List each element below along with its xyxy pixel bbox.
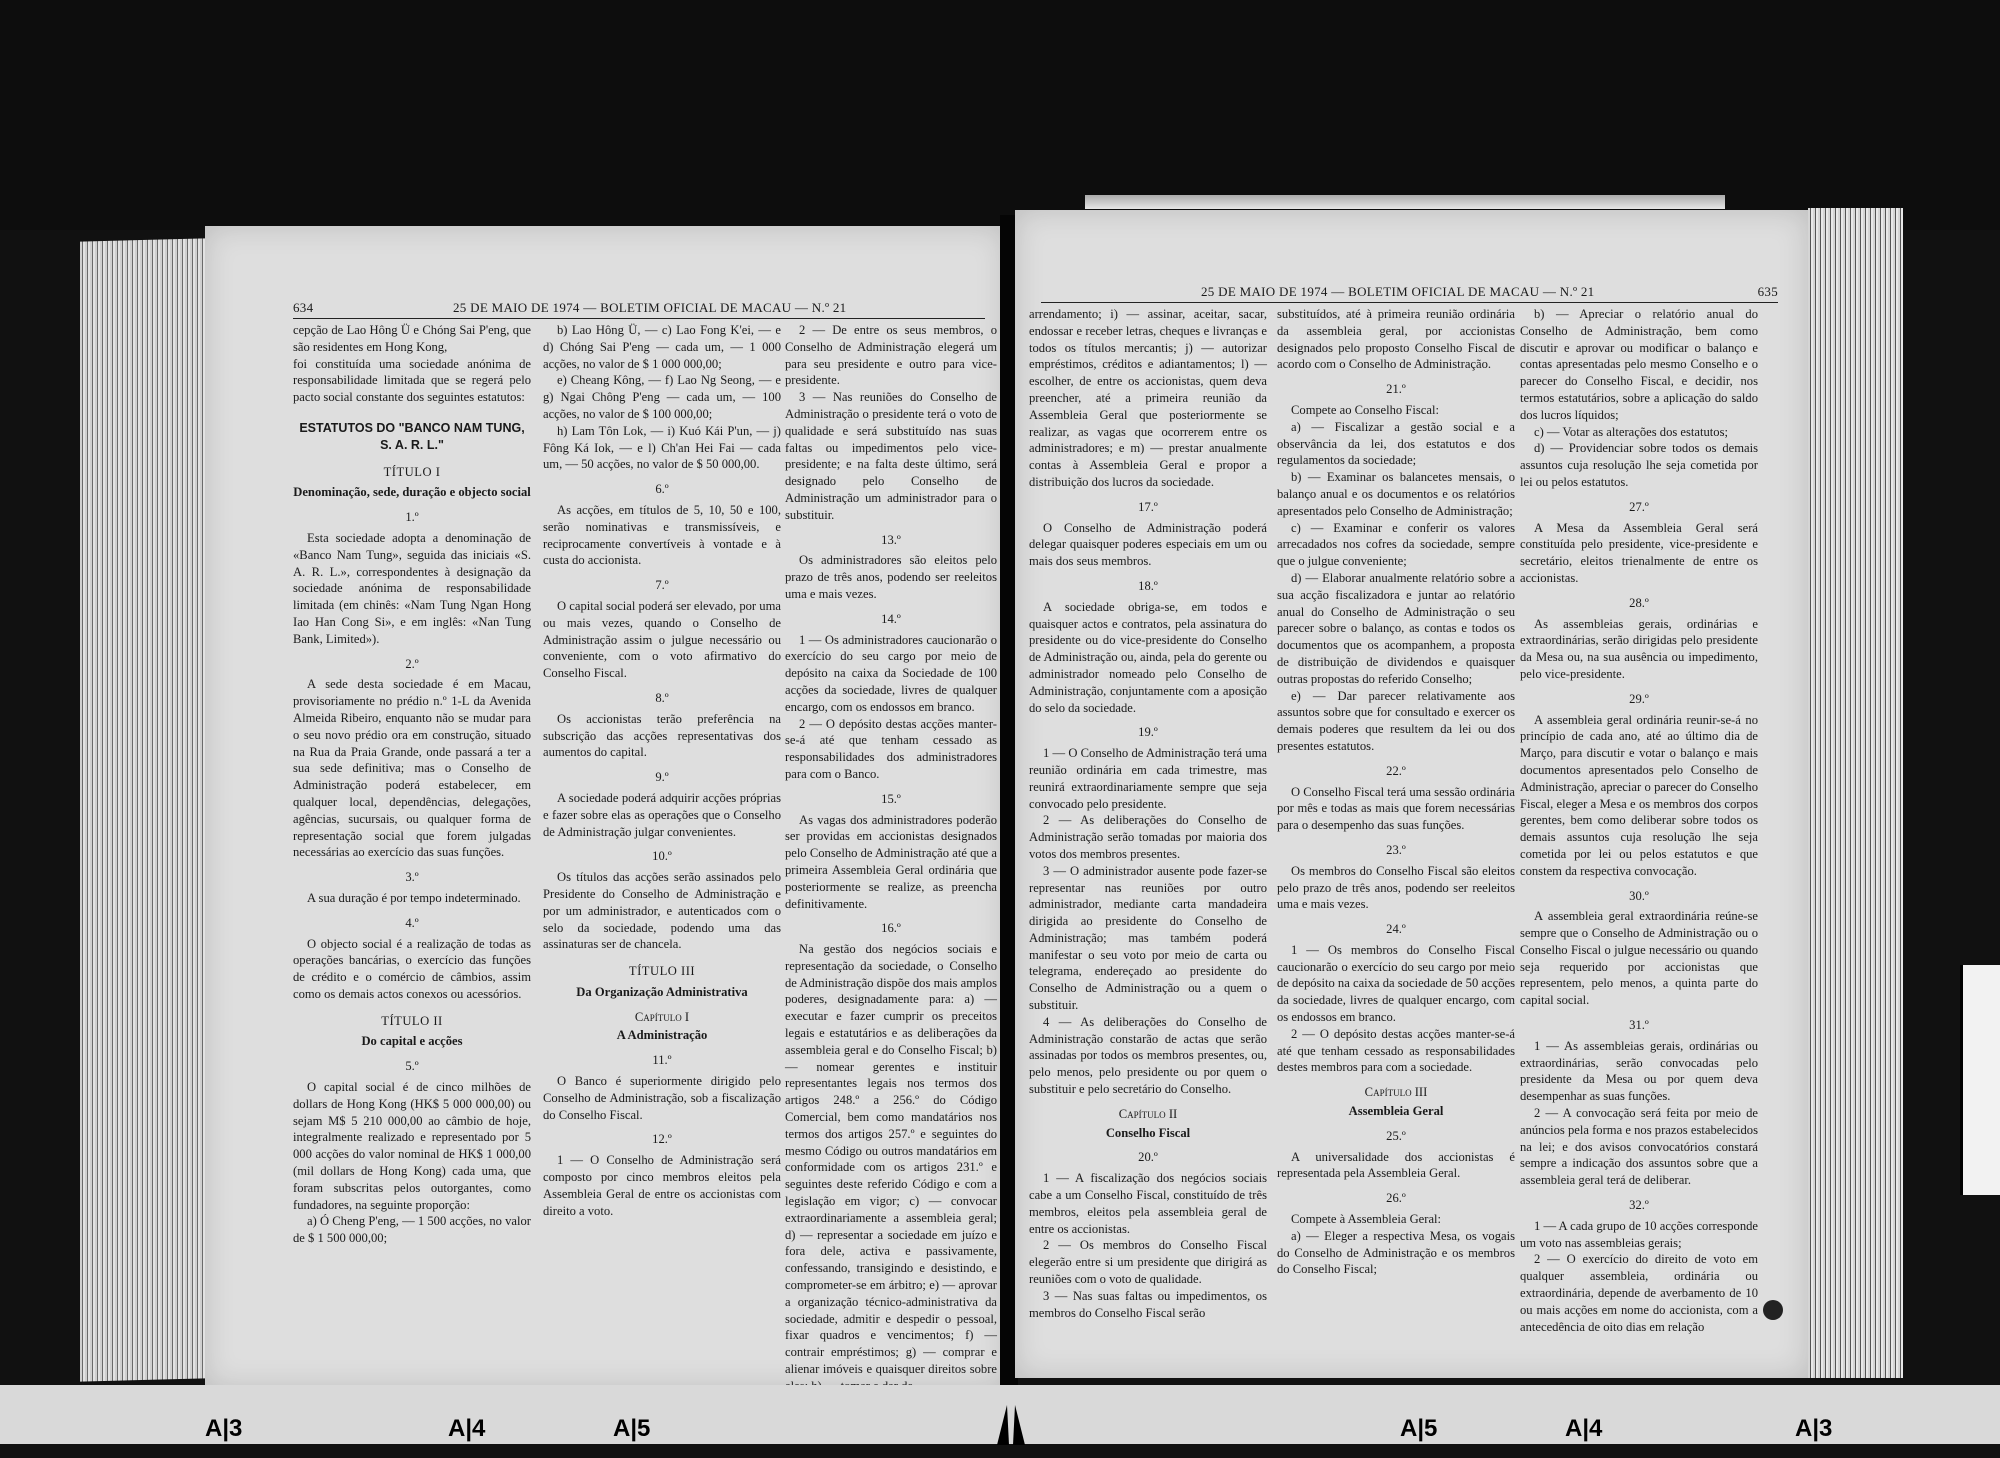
paragraph: 1 — As assembleias gerais, ordinárias ou… xyxy=(1520,1038,1758,1105)
article-number: 3.º xyxy=(293,869,531,886)
paragraph: A sociedade obriga-se, em todos e quaisq… xyxy=(1029,599,1267,717)
page-635: 25 DE MAIO DE 1974 — BOLETIM OFICIAL DE … xyxy=(1015,210,1808,1378)
paragraph: foi constituída uma sociedade anónima de… xyxy=(293,356,531,406)
article-number: 17.º xyxy=(1029,499,1267,516)
article-number: 28.º xyxy=(1520,595,1758,612)
paragraph: 1 — Os administradores caucionarão o exe… xyxy=(785,632,997,716)
article-number: 21.º xyxy=(1277,381,1515,398)
article-number: 18.º xyxy=(1029,578,1267,595)
paragraph: A Mesa da Assembleia Geral será constitu… xyxy=(1520,520,1758,587)
paragraph: b) — Examinar os balancetes mensais, o b… xyxy=(1277,469,1515,519)
page-number: 634 xyxy=(293,300,313,316)
article-number: 31.º xyxy=(1520,1017,1758,1034)
running-title: 25 DE MAIO DE 1974 — BOLETIM OFICIAL DE … xyxy=(1201,284,1594,300)
column-3: 2 — De entre os seus membros, o Conselho… xyxy=(785,322,997,1395)
paragraph: a) — Fiscalizar a gestão social e a obse… xyxy=(1277,419,1515,469)
column-2: b) Lao Hông Ü, — c) Lao Fong K'ei, — e d… xyxy=(543,322,781,1219)
article-number: 25.º xyxy=(1277,1128,1515,1145)
film-mark: A|3 xyxy=(1795,1415,1832,1443)
article-number: 11.º xyxy=(543,1052,781,1069)
article-number: 8.º xyxy=(543,690,781,707)
paragraph: 1 — Os membros do Conselho Fiscal caucio… xyxy=(1277,942,1515,1026)
article-number: 32.º xyxy=(1520,1197,1758,1214)
statute-title: ESTATUTOS DO "BANCO NAM TUNG, S. A. R. L… xyxy=(293,420,531,454)
paragraph: a) Ó Cheng P'eng, — 1 500 acções, no val… xyxy=(293,1213,531,1247)
paragraph: As vagas dos administradores poderão ser… xyxy=(785,812,997,913)
paragraph: A sociedade poderá adquirir acções própr… xyxy=(543,790,781,840)
paragraph: Na gestão dos negócios sociais e represe… xyxy=(785,941,997,1395)
paragraph: A sua duração é por tempo indeterminado. xyxy=(293,890,531,907)
article-number: 26.º xyxy=(1277,1190,1515,1207)
paragraph: e) — Dar parecer relativamente aos assun… xyxy=(1277,688,1515,755)
paragraph: b) Lao Hông Ü, — c) Lao Fong K'ei, — e d… xyxy=(543,322,781,372)
paragraph: Os títulos das acções serão assinados pe… xyxy=(543,869,781,953)
article-number: 24.º xyxy=(1277,921,1515,938)
paragraph: c) — Votar as alterações dos estatutos; xyxy=(1520,424,1758,441)
page-top-edge xyxy=(1085,195,1725,209)
page-634: 634 25 DE MAIO DE 1974 — BOLETIM OFICIAL… xyxy=(205,226,1005,1388)
page-number: 635 xyxy=(1758,284,1778,300)
article-number: 15.º xyxy=(785,791,997,808)
paragraph: Os membros do Conselho Fiscal são eleito… xyxy=(1277,863,1515,913)
page-tab-flap xyxy=(1960,965,2000,1195)
article-number: 10.º xyxy=(543,848,781,865)
paragraph: 2 — O exercício do direito de voto em qu… xyxy=(1520,1251,1758,1335)
column-1: cepção de Lao Hông Ü e Chóng Sai P'eng, … xyxy=(293,322,531,1247)
paragraph: d) — Elaborar anualmente relatório sobre… xyxy=(1277,570,1515,688)
column-3: b) — Apreciar o relatório anual do Conse… xyxy=(1520,306,1758,1335)
article-number: 14.º xyxy=(785,611,997,628)
article-number: 29.º xyxy=(1520,691,1758,708)
title-heading: TÍTULO II xyxy=(293,1013,531,1030)
column-1: arrendamento; i) — assinar, aceitar, sac… xyxy=(1029,306,1267,1321)
title-heading: TÍTULO I xyxy=(293,464,531,481)
paragraph: c) — Examinar e conferir os valores arre… xyxy=(1277,520,1515,570)
paragraph: a) — Eleger a respectiva Mesa, os vogais… xyxy=(1277,1228,1515,1278)
section-heading: A Administração xyxy=(543,1027,781,1044)
paragraph: 3 — Nas reuniões do Conselho de Administ… xyxy=(785,389,997,523)
paragraph: 4 — As deliberações do Conselho de Admin… xyxy=(1029,1014,1267,1098)
paragraph: 2 — O depósito destas acções manter-se-á… xyxy=(785,716,997,783)
paragraph: e) Cheang Kông, — f) Lao Ng Seong, — e g… xyxy=(543,372,781,422)
paragraph: Os administradores são eleitos pelo praz… xyxy=(785,552,997,602)
chapter-heading: Capítulo III xyxy=(1277,1084,1515,1101)
article-number: 23.º xyxy=(1277,842,1515,859)
article-number: 9.º xyxy=(543,769,781,786)
section-heading: Da Organização Administrativa xyxy=(543,984,781,1001)
paragraph: h) Lam Tôn Lok, — i) Kuó Kái P'un, — j) … xyxy=(543,423,781,473)
paragraph: A assembleia geral ordinária reunir-se-á… xyxy=(1520,712,1758,880)
article-number: 30.º xyxy=(1520,888,1758,905)
header-rule xyxy=(293,318,985,319)
paragraph: 2 — De entre os seus membros, o Conselho… xyxy=(785,322,997,389)
paragraph: d) — Providenciar sobre todos os demais … xyxy=(1520,440,1758,490)
ink-blot xyxy=(1763,1300,1783,1320)
film-mark: A|4 xyxy=(448,1415,485,1443)
chapter-heading: Capítulo I xyxy=(543,1009,781,1026)
article-number: 27.º xyxy=(1520,499,1758,516)
title-heading: TÍTULO III xyxy=(543,963,781,980)
paragraph: Esta sociedade adopta a denominação de «… xyxy=(293,530,531,648)
spine-triangle-marks xyxy=(995,1405,1027,1445)
paragraph: A sede desta sociedade é em Macau, provi… xyxy=(293,676,531,861)
paragraph: arrendamento; i) — assinar, aceitar, sac… xyxy=(1029,306,1267,491)
article-number: 22.º xyxy=(1277,763,1515,780)
paragraph: A assembleia geral extraordinária reúne-… xyxy=(1520,908,1758,1009)
film-mark: A|5 xyxy=(613,1415,650,1443)
paragraph: 1 — O Conselho de Administração será com… xyxy=(543,1152,781,1219)
paragraph: 1 — A cada grupo de 10 acções correspond… xyxy=(1520,1218,1758,1252)
section-heading: Do capital e acções xyxy=(293,1033,531,1050)
paragraph: 3 — Nas suas faltas ou impedimentos, os … xyxy=(1029,1288,1267,1322)
article-number: 6.º xyxy=(543,481,781,498)
column-2: substituídos, até à primeira reunião ord… xyxy=(1277,306,1515,1278)
film-mark: A|3 xyxy=(205,1415,242,1443)
paragraph: 1 — O Conselho de Administração terá uma… xyxy=(1029,745,1267,812)
paragraph: As acções, em títulos de 5, 10, 50 e 100… xyxy=(543,502,781,569)
paragraph: 3 — O administrador ausente pode fazer-s… xyxy=(1029,863,1267,1014)
article-number: 16.º xyxy=(785,920,997,937)
article-number: 12.º xyxy=(543,1131,781,1148)
paragraph: O Banco é superiormente dirigido pelo Co… xyxy=(543,1073,781,1123)
article-number: 7.º xyxy=(543,577,781,594)
article-number: 5.º xyxy=(293,1058,531,1075)
paragraph: 2 — O depósito destas acções manter-se-á… xyxy=(1277,1026,1515,1076)
paragraph: Os accionistas terão preferência na subs… xyxy=(543,711,781,761)
film-mark: A|5 xyxy=(1400,1415,1437,1443)
paragraph: O Conselho de Administração poderá deleg… xyxy=(1029,520,1267,570)
paragraph: 2 — A convocação será feita por meio de … xyxy=(1520,1105,1758,1189)
paragraph: O capital social é de cinco milhões de d… xyxy=(293,1079,531,1213)
paragraph: 2 — As deliberações do Conselho de Admin… xyxy=(1029,812,1267,862)
paragraph: b) — Apreciar o relatório anual do Conse… xyxy=(1520,306,1758,424)
paragraph: As assembleias gerais, ordinárias e extr… xyxy=(1520,616,1758,683)
film-mark: A|4 xyxy=(1565,1415,1602,1443)
paragraph: A universalidade dos accionistas é repre… xyxy=(1277,1149,1515,1183)
section-heading: Conselho Fiscal xyxy=(1029,1125,1267,1142)
section-heading: Assembleia Geral xyxy=(1277,1103,1515,1120)
paragraph: O capital social poderá ser elevado, por… xyxy=(543,598,781,682)
paragraph: substituídos, até à primeira reunião ord… xyxy=(1277,306,1515,373)
paragraph: 2 — Os membros do Conselho Fiscal eleger… xyxy=(1029,1237,1267,1287)
chapter-heading: Capítulo II xyxy=(1029,1106,1267,1123)
article-number: 19.º xyxy=(1029,724,1267,741)
paragraph: cepção de Lao Hông Ü e Chóng Sai P'eng, … xyxy=(293,322,531,356)
paragraph: O objecto social é a realização de todas… xyxy=(293,936,531,1003)
paragraph: 1 — A fiscalização dos negócios sociais … xyxy=(1029,1170,1267,1237)
article-number: 13.º xyxy=(785,532,997,549)
paragraph: Compete ao Conselho Fiscal: xyxy=(1277,402,1515,419)
section-heading: Denominação, sede, duração e objecto soc… xyxy=(293,484,531,501)
header-rule xyxy=(1041,302,1778,303)
article-number: 1.º xyxy=(293,509,531,526)
running-title: 25 DE MAIO DE 1974 — BOLETIM OFICIAL DE … xyxy=(453,300,846,316)
article-number: 20.º xyxy=(1029,1149,1267,1166)
right-page-stack xyxy=(1808,208,1903,1378)
article-number: 4.º xyxy=(293,915,531,932)
paragraph: O Conselho Fiscal terá uma sessão ordiná… xyxy=(1277,784,1515,834)
article-number: 2.º xyxy=(293,656,531,673)
left-page-stack xyxy=(80,238,205,1381)
paragraph: Compete à Assembleia Geral: xyxy=(1277,1211,1515,1228)
